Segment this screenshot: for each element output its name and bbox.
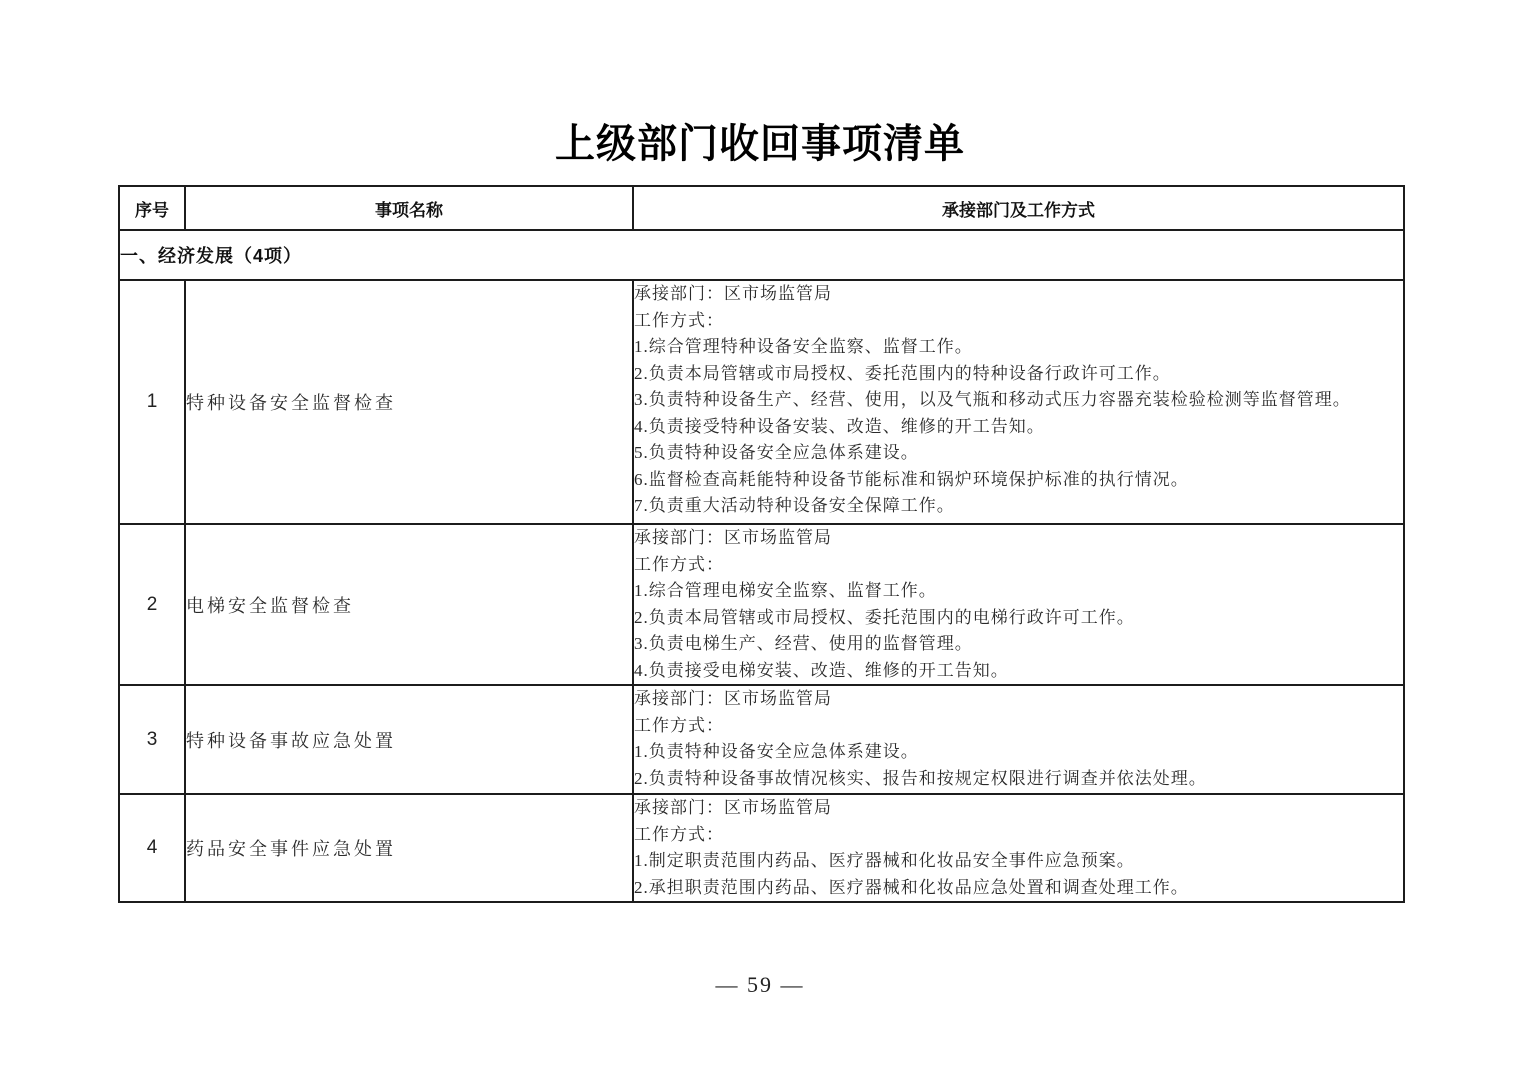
detail-line: 7.负责重大活动特种设备安全保障工作。 <box>634 493 1403 520</box>
detail-line: 承接部门：区市场监管局 <box>634 795 1403 822</box>
detail-line: 5.负责特种设备安全应急体系建设。 <box>634 440 1403 467</box>
detail-line: 承接部门：区市场监管局 <box>634 525 1403 552</box>
detail-line: 4.负责接受特种设备安装、改造、维修的开工告知。 <box>634 414 1403 441</box>
detail-line: 工作方式： <box>634 713 1403 740</box>
table-row: 4 药品安全事件应急处置 承接部门：区市场监管局工作方式：1.制定职责范围内药品… <box>119 794 1404 902</box>
item-name: 特种设备事故应急处置 <box>185 685 633 794</box>
row-serial-number: 3 <box>119 685 185 794</box>
item-detail: 承接部门：区市场监管局工作方式：1.综合管理电梯安全监察、监督工作。2.负责本局… <box>633 524 1404 685</box>
col-header-item-name: 事项名称 <box>185 186 633 230</box>
table-row: 3 特种设备事故应急处置 承接部门：区市场监管局工作方式：1.负责特种设备安全应… <box>119 685 1404 794</box>
detail-line: 3.负责特种设备生产、经营、使用，以及气瓶和移动式压力容器充装检验检测等监督管理… <box>634 387 1403 414</box>
page-number: — 59 — <box>0 972 1520 998</box>
detail-line: 1.制定职责范围内药品、医疗器械和化妆品安全事件应急预案。 <box>634 848 1403 875</box>
col-header-serial: 序号 <box>119 186 185 230</box>
row-serial-number: 1 <box>119 280 185 524</box>
detail-line: 4.负责接受电梯安装、改造、维修的开工告知。 <box>634 658 1403 685</box>
table-row: 1 特种设备安全监督检查 承接部门：区市场监管局工作方式：1.综合管理特种设备安… <box>119 280 1404 524</box>
detail-line: 1.负责特种设备安全应急体系建设。 <box>634 739 1403 766</box>
detail-line: 3.负责电梯生产、经营、使用的监督管理。 <box>634 631 1403 658</box>
detail-line: 承接部门：区市场监管局 <box>634 686 1403 713</box>
detail-line: 工作方式： <box>634 308 1403 335</box>
detail-line: 2.承担职责范围内药品、医疗器械和化妆品应急处置和调查处理工作。 <box>634 875 1403 902</box>
row-serial-number: 2 <box>119 524 185 685</box>
detail-line: 工作方式： <box>634 552 1403 579</box>
item-detail: 承接部门：区市场监管局工作方式：1.综合管理特种设备安全监察、监督工作。2.负责… <box>633 280 1404 524</box>
section-row: 一、经济发展（4项） <box>119 230 1404 280</box>
item-detail: 承接部门：区市场监管局工作方式：1.负责特种设备安全应急体系建设。2.负责特种设… <box>633 685 1404 794</box>
table-row: 2 电梯安全监督检查 承接部门：区市场监管局工作方式：1.综合管理电梯安全监察、… <box>119 524 1404 685</box>
item-detail: 承接部门：区市场监管局工作方式：1.制定职责范围内药品、医疗器械和化妆品安全事件… <box>633 794 1404 902</box>
detail-line: 2.负责特种设备事故情况核实、报告和按规定权限进行调查并依法处理。 <box>634 766 1403 793</box>
section-title: 一、经济发展（4项） <box>119 230 1404 280</box>
detail-line: 2.负责本局管辖或市局授权、委托范围内的电梯行政许可工作。 <box>634 605 1403 632</box>
page-title: 上级部门收回事项清单 <box>0 112 1520 169</box>
detail-line: 工作方式： <box>634 822 1403 849</box>
item-name: 电梯安全监督检查 <box>185 524 633 685</box>
detail-line: 6.监督检查高耗能特种设备节能标准和锅炉环境保护标准的执行情况。 <box>634 467 1403 494</box>
item-name: 药品安全事件应急处置 <box>185 794 633 902</box>
items-table: 序号 事项名称 承接部门及工作方式 一、经济发展（4项） 1 特种设备安全监督检… <box>118 185 1405 903</box>
item-name: 特种设备安全监督检查 <box>185 280 633 524</box>
col-header-department: 承接部门及工作方式 <box>633 186 1404 230</box>
detail-line: 2.负责本局管辖或市局授权、委托范围内的特种设备行政许可工作。 <box>634 361 1403 388</box>
detail-line: 承接部门：区市场监管局 <box>634 281 1403 308</box>
detail-line: 1.综合管理特种设备安全监察、监督工作。 <box>634 334 1403 361</box>
table-header-row: 序号 事项名称 承接部门及工作方式 <box>119 186 1404 230</box>
row-serial-number: 4 <box>119 794 185 902</box>
detail-line: 1.综合管理电梯安全监察、监督工作。 <box>634 578 1403 605</box>
